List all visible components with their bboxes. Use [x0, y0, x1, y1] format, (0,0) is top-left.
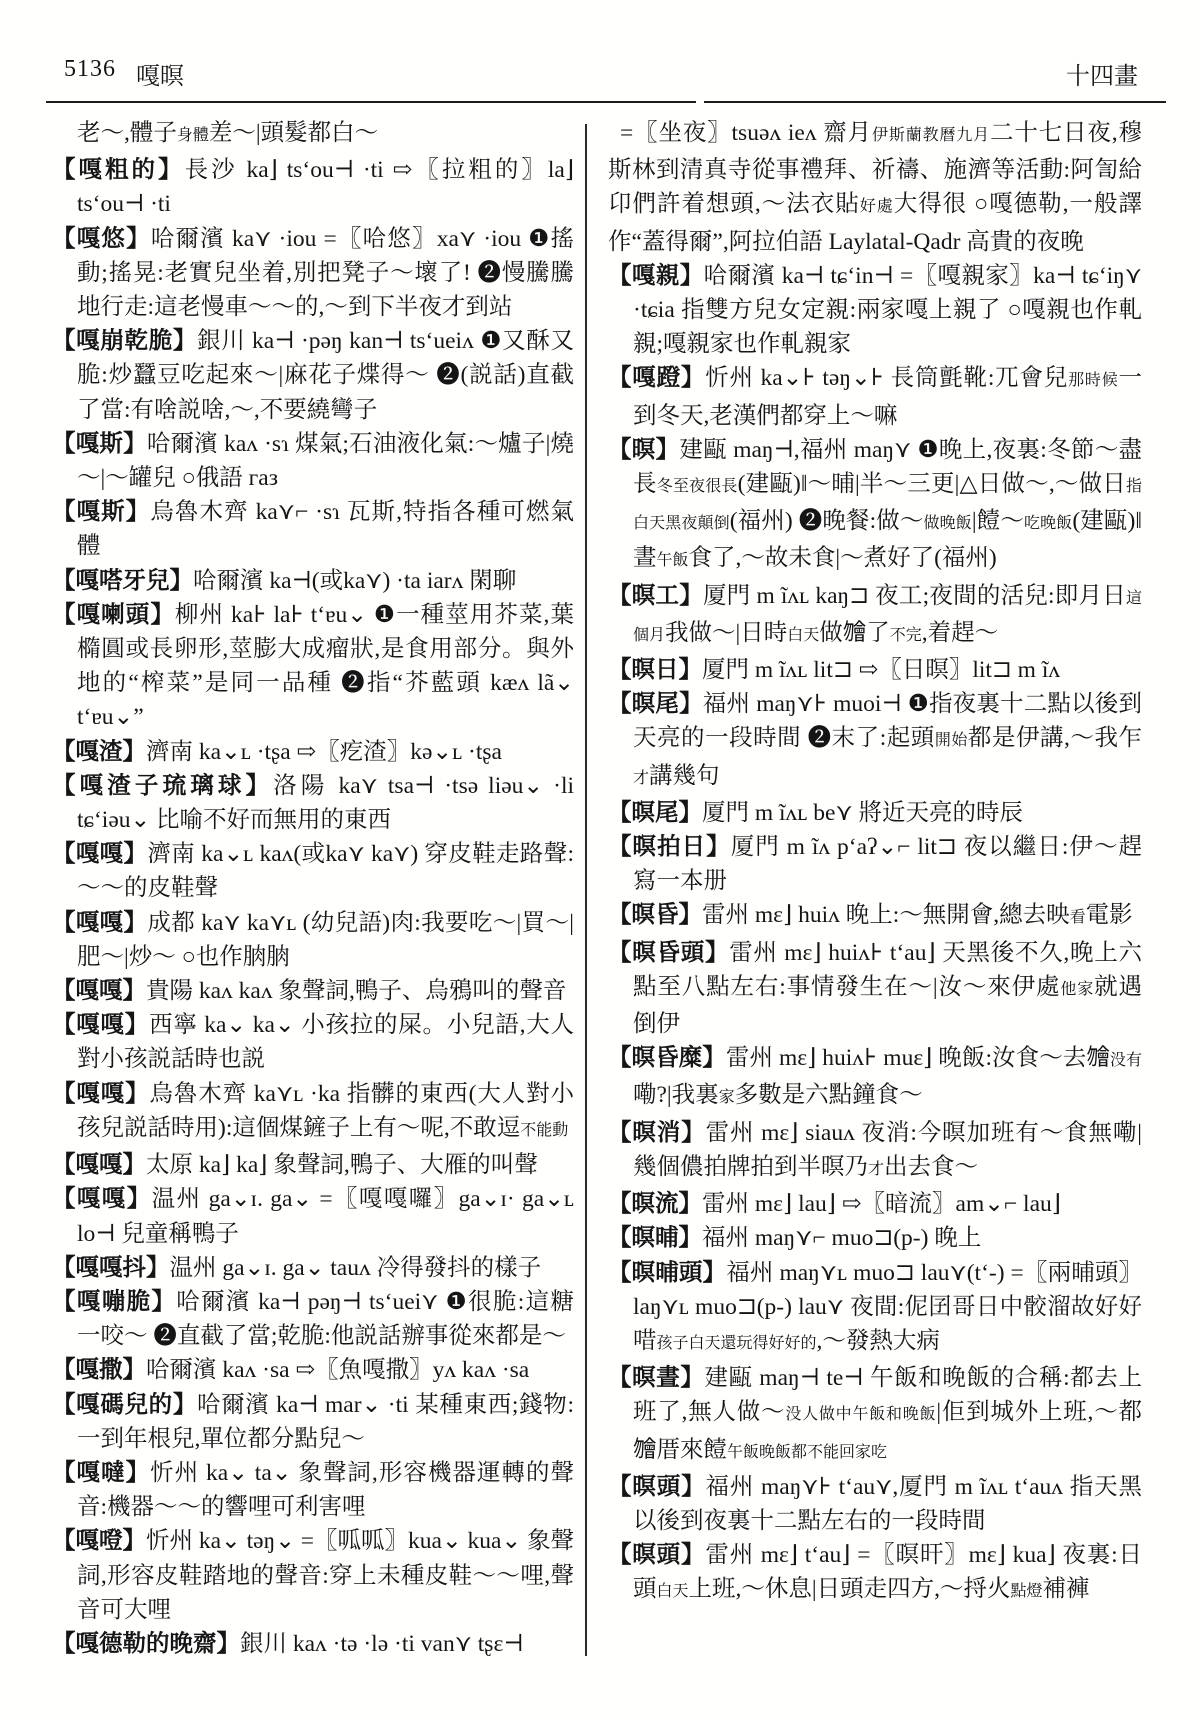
- dictionary-entry: 【嘎噔】忻州 ka⌄ təŋ⌄ =〖呱呱〗kua⌄ kua⌄ 象聲詞,形容皮鞋踏…: [52, 1524, 574, 1627]
- entry-text: 忻州 ka⌄ təŋ⌄ =〖呱呱〗kua⌄ kua⌄ 象聲詞,形容皮鞋踏地的聲音…: [77, 1528, 574, 1622]
- headword: 【暝尾】: [608, 691, 703, 717]
- entry-text: 西寧 ka⌄ ka⌄ 小孩拉的屎。小兒語,大人對小孩説話時也説: [77, 1012, 574, 1072]
- gloss-note: 冬至夜很長: [657, 478, 738, 495]
- entry-text: 銀川 kaʌ ·tə ·lə ·ti van⋎ tʂɛ⊣: [240, 1631, 524, 1657]
- dictionary-entry: 老～,體子身體差～|頭髮都白～: [52, 116, 574, 153]
- gloss-note: 午飯晚飯都不能回家吃: [727, 1444, 887, 1461]
- dictionary-entry: 【暝昏頭】雷州 mɛ⌋ huiʌ⊦ tʻau⌋ 天黑後不久,晚上六點至八點左右:…: [608, 936, 1142, 1042]
- page-header: 5136 嘎暝 十四畫: [0, 56, 1200, 90]
- dictionary-entry: 【嘎碼兒的】哈爾濱 ka⊣ mar⌄ ·ti 某種東西;錢物:一到年根兒,單位都…: [52, 1388, 574, 1456]
- headword: 【暝流】: [608, 1191, 702, 1217]
- headword: 【嘎斯】: [52, 499, 150, 525]
- entry-text: 哈爾濱 ka⊣(或ka⋎) ·ta iarʌ 閑聊: [193, 568, 516, 594]
- dictionary-entry: 【嘎渣子琉璃球】洛陽 ka⋎ tsa⊣ ·tsə liəu⌄ ·li tɕʻiə…: [52, 769, 574, 837]
- entry-text: 出去食～: [884, 1154, 978, 1180]
- entry-text: 食了,～故未食|～煮好了(福州): [689, 545, 997, 571]
- gloss-note: 那時候: [1068, 372, 1118, 389]
- entry-text: 雷州 mɛ⌋ huiʌ 晚上:～無開會,總去映: [702, 902, 1070, 928]
- headword: 【嘎渣子琉璃球】: [52, 773, 273, 799]
- entry-text: 成都 ka⋎ ka⋎ʟ (幼兒語)肉:我要吃～|買～|肥～|炒～ ○也作朒朒: [77, 910, 574, 970]
- headword: 【嘎嘣脆】: [52, 1289, 176, 1315]
- entry-text: 嘞?|我裏: [633, 1082, 719, 1108]
- entry-text: 上班,～休息|日頭走四方,～捋火: [689, 1576, 1011, 1602]
- dictionary-entry: 【暝晡頭】福州 maŋ⋎ʟ muo⊐ lau⋎(tʻ-) =〖兩晡頭〗laŋ⋎ʟ…: [608, 1256, 1142, 1362]
- dictionary-entry: 【暝工】厦門 m ĩʌʟ kaŋ⊐ 夜工;夜間的活兒:即月日這個月我做～|日時白…: [608, 579, 1142, 653]
- entry-text: |饐～: [972, 508, 1024, 534]
- dictionary-entry: 【嘎親】哈爾濱 ka⊣ tɕʻin⊣ =〖嘎親家〗ka⊣ tɕʻiŋ⋎ ·tɕi…: [608, 259, 1142, 362]
- dictionary-entry: 【嘎嘎】西寧 ka⌄ ka⌄ 小孩拉的屎。小兒語,大人對小孩説話時也説: [52, 1008, 574, 1076]
- dictionary-entry: 【嘎嘎】成都 ka⋎ ka⋎ʟ (幼兒語)肉:我要吃～|買～|肥～|炒～ ○也作…: [52, 906, 574, 974]
- headword: 【嘎嘎】: [52, 1152, 146, 1178]
- headword: 【嘎嘎】: [52, 910, 147, 936]
- dictionary-entry: 【嘎嘣脆】哈爾濱 ka⊣ pəŋ⊣ tsʻuei⋎ ❶很脆:這糖一咬～ ❷直截了…: [52, 1285, 574, 1353]
- gloss-note: 他家: [1060, 981, 1094, 998]
- headword: 【嘎嘎抖】: [52, 1255, 170, 1281]
- header-rule-right: [704, 101, 1166, 103]
- headword: 【嘎嘎】: [52, 978, 146, 1004]
- entry-text: 烏魯木齊 ka⋎ʟ ·ka 指髒的東西(大人對小孩兒説話時用):這個煤鏟子上有～…: [77, 1081, 574, 1141]
- entry-text: 福州 maŋ⋎⌐ muo⊐(p-) 晚上: [702, 1225, 981, 1251]
- headword: 【暝昏頭】: [608, 940, 729, 966]
- gloss-note: 才: [633, 770, 649, 787]
- gloss-note: 白天: [657, 1583, 689, 1600]
- headword: 【暝晡頭】: [608, 1260, 726, 1286]
- entry-text: (建甌)‖～晡|半～三更|△日做～,～做日: [738, 471, 1126, 497]
- entry-text: 忻州 ka⌄⊦ təŋ⌄⊦ 長筒氈靴:兀會兒: [705, 365, 1068, 391]
- entry-text: 差～|頭髮都白～: [209, 120, 378, 146]
- headword: 【嘎嘎】: [52, 1012, 149, 1038]
- entry-text: 貴陽 kaʌ kaʌ 象聲詞,鴨子、烏鴉叫的聲音: [146, 978, 566, 1004]
- dictionary-entry: 【嘎德勒的晚齋】銀川 kaʌ ·tə ·lə ·ti van⋎ tʂɛ⊣: [52, 1627, 574, 1661]
- headword: 【嘎噔】: [52, 1528, 146, 1554]
- headword: 【嘎德勒的晚齋】: [52, 1631, 240, 1657]
- dictionary-entry: 【嘎喇頭】柳州 ka⊦ la⊦ tʻɐu⌄ ❶一種莖用芥菜,葉橢圓或長卵形,莖膨…: [52, 598, 574, 735]
- left-column: 老～,體子身體差～|頭髮都白～【嘎粗的】長沙 ka⌋ tsʻou⊣ ·ti ⇨〖…: [52, 116, 574, 1661]
- gloss-note: 午飯: [657, 552, 689, 569]
- right-column: =〖坐夜〗tsuəʌ ieʌ 齋月伊斯蘭教曆九月二十七日夜,穆斯林到清真寺從事禮…: [608, 116, 1142, 1610]
- entry-text: 温州 ga⌄ɪ. ga⌄ =〖嘎嘎囉〗ga⌄ɪ· ga⌄ʟ lo⊣ 兒童稱鴨子: [77, 1186, 574, 1246]
- dictionary-entry: 【嘎嘎抖】温州 ga⌄ɪ. ga⌄ tauʌ 冷得發抖的樣子: [52, 1251, 574, 1285]
- entry-text: 太原 ka⌋ ka⌋ 象聲詞,鴨子、大雁的叫聲: [146, 1152, 538, 1178]
- headword: 【嘎嘎】: [52, 841, 147, 867]
- gloss-note: 好處: [860, 198, 894, 215]
- dictionary-entry: 【嘎悠】哈爾濱 ka⋎ ·iou =〖哈悠〗xa⋎ ·iou ❶搖動;搖晃:老實…: [52, 222, 574, 325]
- headword: 【暝尾】: [608, 800, 702, 826]
- gloss-note: 開始: [935, 732, 968, 749]
- entry-text: 多數是六點鐘食～: [735, 1082, 923, 1108]
- entry-text: 福州 maŋ⋎⊦ tʻau⋎,厦門 m ĩʌʟ tʻauʌ 指天黑以後到夜裏十二…: [633, 1474, 1142, 1534]
- gloss-note: 做晚飯: [924, 515, 972, 532]
- dictionary-entry: 【暝頭】雷州 mɛ⌋ tʻau⌋ =〖暝旰〗mɛ⌋ kua⌋ 夜裏:日頭白天上班…: [608, 1538, 1142, 1609]
- gloss-note: 没有: [1110, 1052, 1142, 1069]
- page-number: 5136: [64, 56, 116, 83]
- entry-text: =〖坐夜〗tsuəʌ ieʌ 齋月: [620, 120, 872, 146]
- entry-text: 温州 ga⌄ɪ. ga⌄ tauʌ 冷得發抖的樣子: [170, 1255, 542, 1281]
- dictionary-entry: 【暝尾】福州 maŋ⋎⊦ muoi⊣ ❶指夜裏十二點以後到天亮的一段時間 ❷末了…: [608, 687, 1142, 796]
- headword: 【嘎斯】: [52, 431, 147, 457]
- headword: 【嘎悠】: [52, 226, 151, 252]
- dictionary-entry: 【嘎粗的】長沙 ka⌋ tsʻou⊣ ·ti ⇨〖拉粗的〗la⌋ tsʻou⊣ …: [52, 153, 574, 221]
- dictionary-entry: 【暝昏】雷州 mɛ⌋ huiʌ 晚上:～無開會,總去映看電影: [608, 898, 1142, 935]
- section-label: 十四畫: [1066, 56, 1138, 91]
- dictionary-entry: 【暝晝】建甌 maŋ⊣ te⊣ 午飯和晚飯的合稱:都去上班了,無人做～没人做中午…: [608, 1361, 1142, 1470]
- dictionary-entry: 【暝尾】厦門 m ĩʌʟ be⋎ 將近天亮的時辰: [608, 796, 1142, 830]
- headword: 【嘎親】: [608, 263, 704, 289]
- headword: 【暝工】: [608, 583, 703, 609]
- dictionary-entry: 【嘎嘎】温州 ga⌄ɪ. ga⌄ =〖嘎嘎囉〗ga⌄ɪ· ga⌄ʟ lo⊣ 兒童…: [52, 1182, 574, 1250]
- entry-text: 電影: [1086, 902, 1133, 928]
- dictionary-entry: 【暝】建甌 maŋ⊣,福州 maŋ⋎ ❶晚上,夜裏:冬節～盡長冬至夜很長(建甌)…: [608, 433, 1142, 579]
- gloss-note: 白天: [787, 627, 819, 644]
- gloss-note: 伊斯蘭教曆九月: [872, 127, 990, 144]
- entry-text: 哈爾濱 kaʌ ·sa ⇨〖魚嘎撒〗yʌ kaʌ ·sa: [146, 1357, 529, 1383]
- gloss-note: 没人做中午飯和晚飯: [785, 1406, 936, 1423]
- dictionary-entry: 【嘎嘎】貴陽 kaʌ kaʌ 象聲詞,鴨子、烏鴉叫的聲音: [52, 974, 574, 1008]
- entry-text: ,着趕～: [922, 620, 998, 646]
- gloss-note: 看: [1070, 909, 1086, 926]
- dictionary-entry: 【嘎斯】烏魯木齊 ka⋎⌐ ·sɿ 瓦斯,特指各種可燃氣體: [52, 495, 574, 563]
- headword: 【嘎蹬】: [608, 365, 705, 391]
- dictionary-entry: 【暝拍日】厦門 m ĩʌ pʻaʔ⌄⌐ lit⊐ 夜以繼日:伊～趕寫一本册: [608, 830, 1142, 898]
- entry-text: 忻州 ka⌄ ta⌄ 象聲詞,形容機器運轉的聲音:機器～～的響哩可利害哩: [77, 1460, 574, 1520]
- dictionary-entry: 【嘎斯】哈爾濱 kaʌ ·sɿ 煤氣;石油液化氣:～爐子|燒～|～罐兒 ○俄語 …: [52, 427, 574, 495]
- headword: 【暝晡】: [608, 1225, 702, 1251]
- gloss-note: 不能動: [520, 1122, 568, 1139]
- headword: 【暝頭】: [608, 1542, 705, 1568]
- entry-text: 厦門 m ĩʌʟ be⋎ 將近天亮的時辰: [702, 800, 1023, 826]
- entry-text: 補褲: [1043, 1576, 1090, 1602]
- headword: 【暝拍日】: [608, 834, 731, 860]
- gloss-note: 孩子白天還玩得好好的: [657, 1335, 817, 1352]
- dictionary-entry: 【暝昏糜】雷州 mɛ⌋ huiʌ⊦ muɛ⌋ 晚飯:汝食～去𣍐没有嘞?|我裏家多…: [608, 1041, 1142, 1115]
- entry-text: 都是伊講,～我乍: [968, 725, 1142, 751]
- headword: 【嘎撒】: [52, 1357, 146, 1383]
- dictionary-entry: 【暝頭】福州 maŋ⋎⊦ tʻau⋎,厦門 m ĩʌʟ tʻauʌ 指天黑以後到…: [608, 1470, 1142, 1538]
- dictionary-entry: 【嘎崩乾脆】銀川 ka⊣ ·pəŋ kan⊣ tsʻueiʌ ❶又酥又脆:炒蠶豆…: [52, 324, 574, 427]
- dictionary-entry: 【暝消】雷州 mɛ⌋ siauʌ 夜消:今暝加班有～食無嘞|幾個儂拍牌拍到半暝乃…: [608, 1116, 1142, 1187]
- dictionary-entry: 【暝流】雷州 mɛ⌋ lau⌋ ⇨〖暗流〗am⌄⌐ lau⌋: [608, 1187, 1142, 1221]
- entry-text: 哈爾濱 ka⋎ ·iou =〖哈悠〗xa⋎ ·iou ❶搖動;搖晃:老實兒坐着,…: [77, 226, 574, 320]
- entry-text: 哈爾濱 ka⊣ tɕʻin⊣ =〖嘎親家〗ka⊣ tɕʻiŋ⋎ ·tɕia 指雙…: [633, 263, 1142, 357]
- gloss-note: 家: [719, 1089, 735, 1106]
- headword: 【嘎嘎】: [52, 1186, 152, 1212]
- header-rule-left: [46, 101, 696, 103]
- headword: 【嘎噠】: [52, 1460, 150, 1486]
- headword: 【嘎喇頭】: [52, 602, 175, 628]
- dictionary-entry: 【嘎蹬】忻州 ka⌄⊦ təŋ⌄⊦ 長筒氈靴:兀會兒那時候一到冬天,老漢們都穿上…: [608, 361, 1142, 432]
- entry-text: 老～,體子: [77, 120, 177, 146]
- headword: 【暝晝】: [608, 1365, 705, 1391]
- headword: 【暝】: [608, 437, 679, 463]
- dictionary-entry: 【嘎撒】哈爾濱 kaʌ ·sa ⇨〖魚嘎撒〗yʌ kaʌ ·sa: [52, 1353, 574, 1387]
- dictionary-entry: 【暝日】厦門 m ĩʌʟ lit⊐ ⇨〖日暝〗lit⊐ m ĩʌ: [608, 653, 1142, 687]
- dictionary-page: 5136 嘎暝 十四畫 老～,體子身體差～|頭髮都白～【嘎粗的】長沙 ka⌋ t…: [0, 0, 1200, 1724]
- headword: 【嘎渣】: [52, 739, 146, 765]
- headword: 【暝頭】: [608, 1474, 706, 1500]
- headword: 【暝昏糜】: [608, 1045, 726, 1071]
- headword: 【嘎嗒牙兒】: [52, 568, 193, 594]
- entry-text: 雷州 mɛ⌋ lau⌋ ⇨〖暗流〗am⌄⌐ lau⌋: [702, 1191, 1061, 1217]
- dictionary-entry: 【嘎嘎】太原 ka⌋ ka⌋ 象聲詞,鴨子、大雁的叫聲: [52, 1148, 574, 1182]
- headword: 【嘎粗的】: [52, 157, 185, 183]
- entry-text: 哈爾濱 kaʌ ·sɿ 煤氣;石油液化氣:～爐子|燒～|～罐兒 ○俄語 газ: [77, 431, 574, 491]
- gloss-note: 才: [868, 1161, 884, 1178]
- dictionary-entry: 【嘎渣】濟南 ka⌄ʟ ·tʂa ⇨〖疙渣〗kə⌄ʟ ·tʂa: [52, 735, 574, 769]
- entry-text: 濟南 ka⌄ʟ kaʌ(或ka⋎ ka⋎) 穿皮鞋走路聲:～～的皮鞋聲: [77, 841, 574, 901]
- entry-text: 做𣍐了: [819, 620, 890, 646]
- dictionary-entry: 【嘎嗒牙兒】哈爾濱 ka⊣(或ka⋎) ·ta iarʌ 閑聊: [52, 564, 574, 598]
- guide-word: 嘎暝: [136, 56, 184, 91]
- entry-text: 我做～|日時: [665, 620, 787, 646]
- entry-text: 濟南 ka⌄ʟ ·tʂa ⇨〖疙渣〗kə⌄ʟ ·tʂa: [146, 739, 502, 765]
- dictionary-entry: 【暝晡】福州 maŋ⋎⌐ muo⊐(p-) 晚上: [608, 1221, 1142, 1255]
- dictionary-entry: 【嘎噠】忻州 ka⌄ ta⌄ 象聲詞,形容機器運轉的聲音:機器～～的響哩可利害哩: [52, 1456, 574, 1524]
- column-divider: [585, 124, 587, 1656]
- gloss-note: 身體: [177, 127, 209, 144]
- entry-text: 厦門 m ĩʌʟ kaŋ⊐ 夜工;夜間的活兒:即月日: [703, 583, 1126, 609]
- gloss-note: 不完: [890, 627, 922, 644]
- headword: 【暝日】: [608, 657, 702, 683]
- entry-text: 厦門 m ĩʌʟ lit⊐ ⇨〖日暝〗lit⊐ m ĩʌ: [702, 657, 1060, 683]
- dictionary-entry: =〖坐夜〗tsuəʌ ieʌ 齋月伊斯蘭教曆九月二十七日夜,穆斯林到清真寺從事禮…: [608, 116, 1142, 259]
- entry-text: 烏魯木齊 ka⋎⌐ ·sɿ 瓦斯,特指各種可燃氣體: [77, 499, 574, 559]
- headword: 【暝昏】: [608, 902, 702, 928]
- entry-text: (福州) ❷晚餐:做～: [730, 508, 924, 534]
- headword: 【暝消】: [608, 1120, 706, 1146]
- dictionary-entry: 【嘎嘎】烏魯木齊 ka⋎ʟ ·ka 指髒的東西(大人對小孩兒説話時用):這個煤鏟…: [52, 1077, 574, 1148]
- dictionary-entry: 【嘎嘎】濟南 ka⌄ʟ kaʌ(或ka⋎ ka⋎) 穿皮鞋走路聲:～～的皮鞋聲: [52, 837, 574, 905]
- headword: 【嘎碼兒的】: [52, 1392, 197, 1418]
- gloss-note: 點燈: [1010, 1583, 1042, 1600]
- headword: 【嘎嘎】: [52, 1081, 150, 1107]
- headword: 【嘎崩乾脆】: [52, 328, 197, 354]
- entry-text: 講幾句: [649, 763, 720, 789]
- entry-text: ,～發熱大病: [817, 1328, 940, 1354]
- gloss-note: 吃晚飯: [1024, 515, 1072, 532]
- entry-text: 雷州 mɛ⌋ huiʌ⊦ muɛ⌋ 晚飯:汝食～去𣍐: [726, 1045, 1110, 1071]
